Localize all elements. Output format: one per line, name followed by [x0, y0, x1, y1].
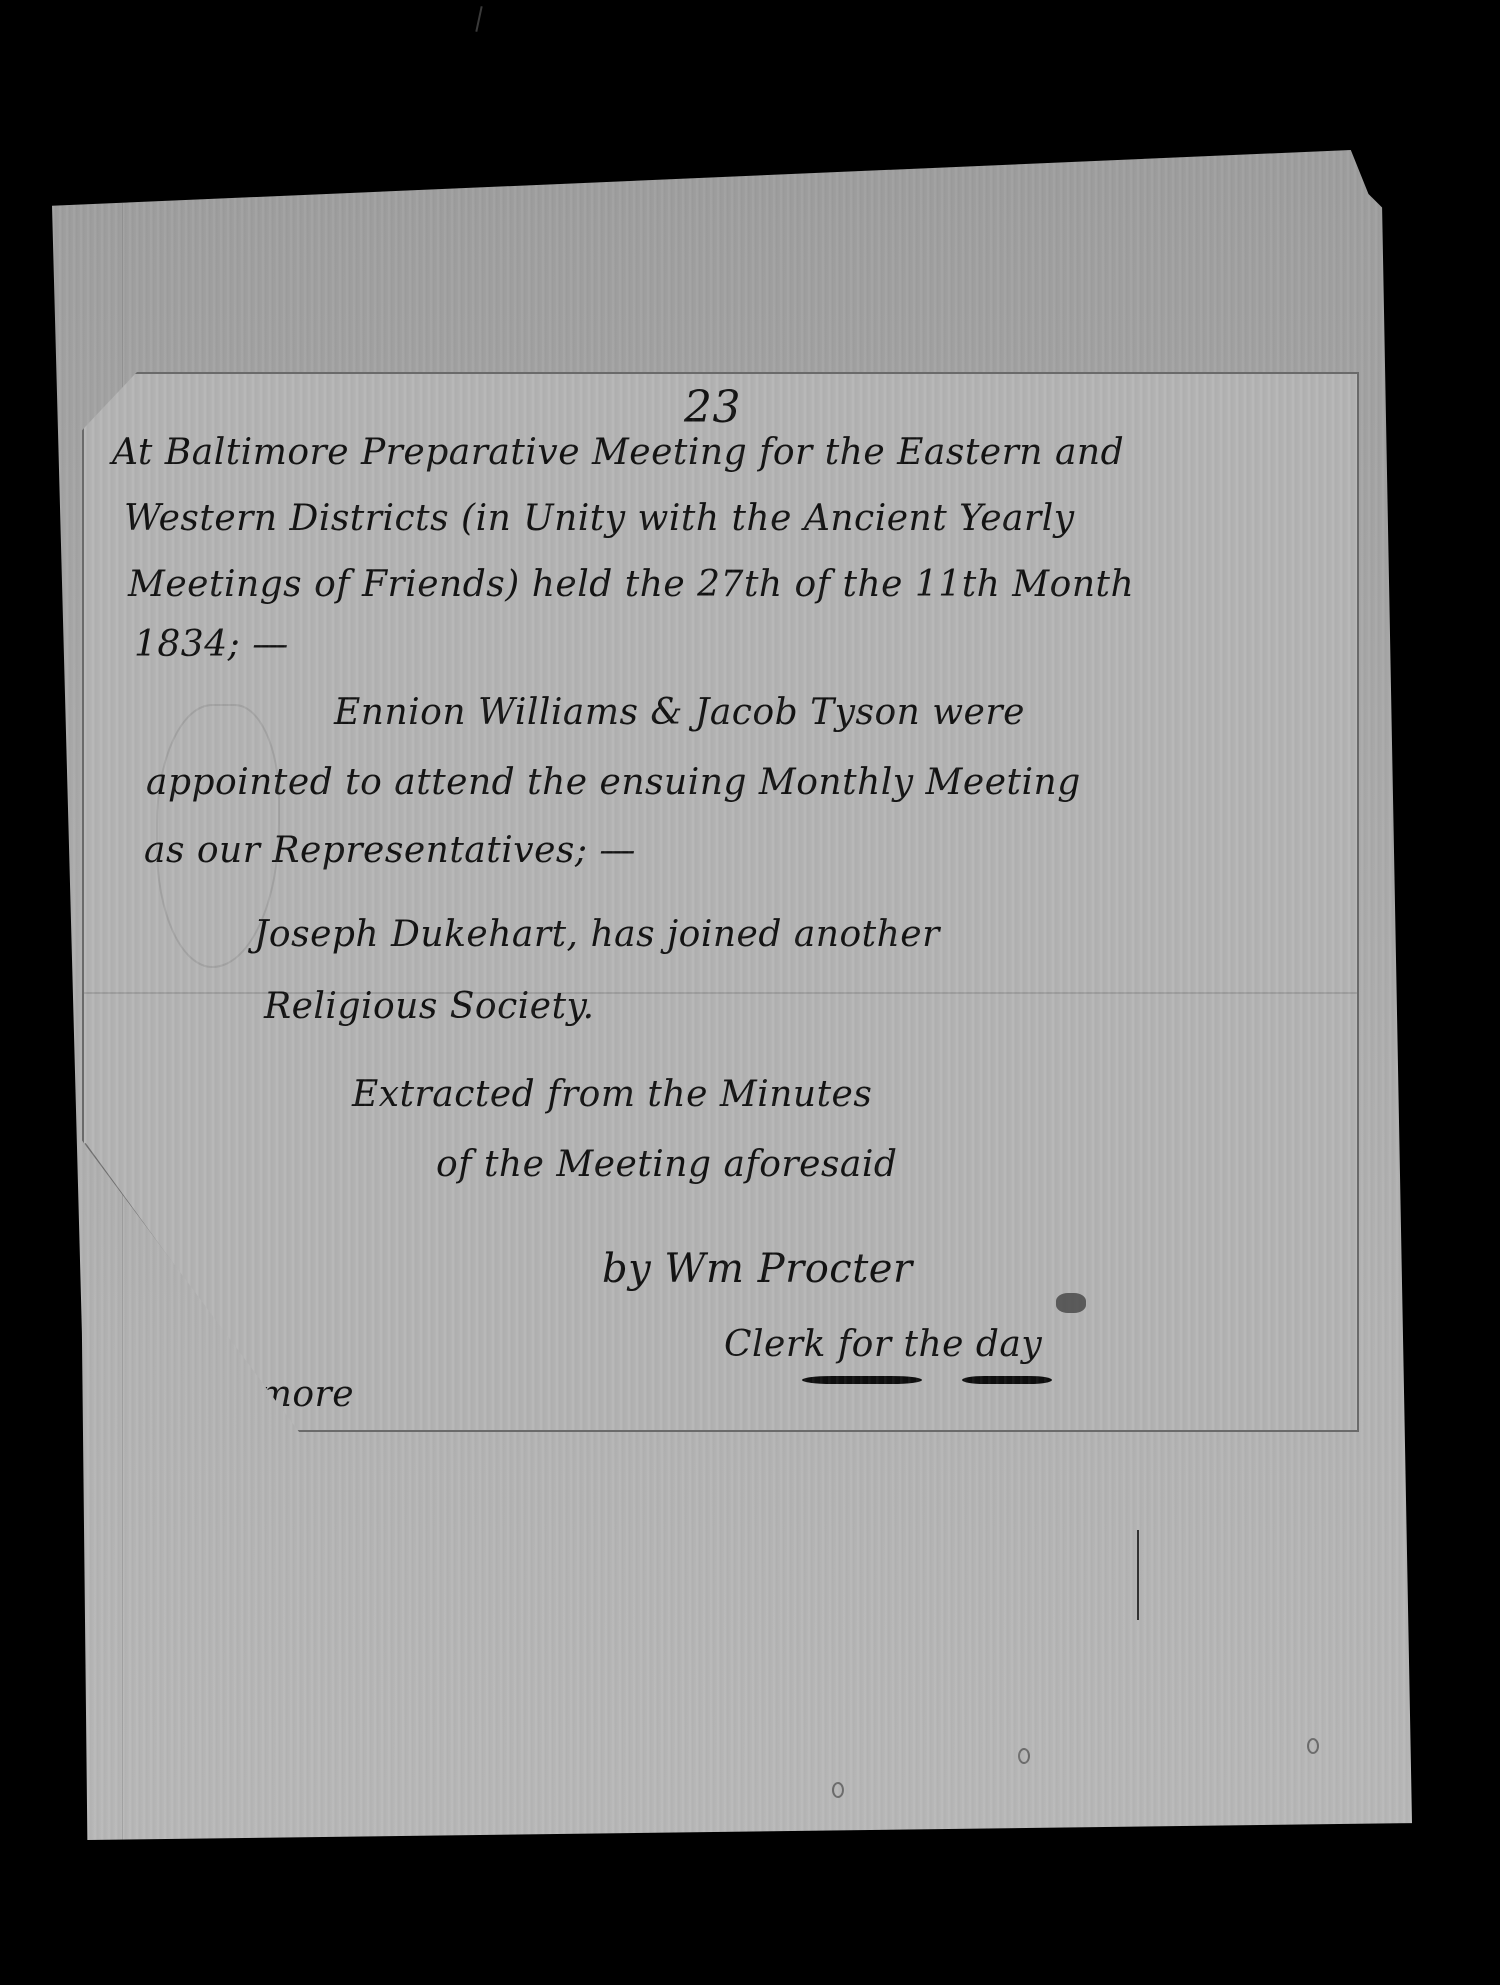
- minute-slip: 23 At Baltimore Preparative Meeting for …: [82, 372, 1359, 1432]
- signature-title: Clerk for the day: [724, 1324, 1042, 1365]
- signature-prefix: by: [602, 1246, 651, 1292]
- signature-flourish: [802, 1376, 1052, 1386]
- extract-note-line-2: of the Meeting aforesaid: [436, 1144, 897, 1185]
- stray-scan-mark: [475, 6, 482, 32]
- minute-line-4: 1834; —: [134, 624, 289, 665]
- signature-name: Wm Procter: [664, 1246, 912, 1292]
- minute-line-5: Ennion Williams & Jacob Tyson were: [334, 692, 1025, 733]
- extract-note-line-1: Extracted from the Minutes: [352, 1074, 872, 1115]
- minute-line-8: Joseph Dukehart, has joined another: [254, 914, 940, 955]
- pin-hole: [1018, 1748, 1030, 1764]
- minute-line-1: At Baltimore Preparative Meeting for the…: [112, 432, 1124, 473]
- minute-line-2: Western Districts (in Unity with the Anc…: [124, 498, 1075, 539]
- ink-blot: [1056, 1293, 1086, 1313]
- ink-stroke-mark: [1137, 1530, 1139, 1620]
- pin-hole: [1307, 1738, 1319, 1754]
- signature: by Wm Procter: [602, 1246, 913, 1292]
- minute-line-3: Meetings of Friends) held the 27th of th…: [128, 564, 1134, 605]
- minute-line-9: Religious Society.: [264, 986, 595, 1027]
- pin-hole: [832, 1782, 844, 1798]
- minute-line-7: as our Representatives; —: [144, 830, 636, 871]
- page-number: 23: [684, 382, 741, 433]
- minute-line-6: appointed to attend the ensuing Monthly …: [146, 762, 1081, 803]
